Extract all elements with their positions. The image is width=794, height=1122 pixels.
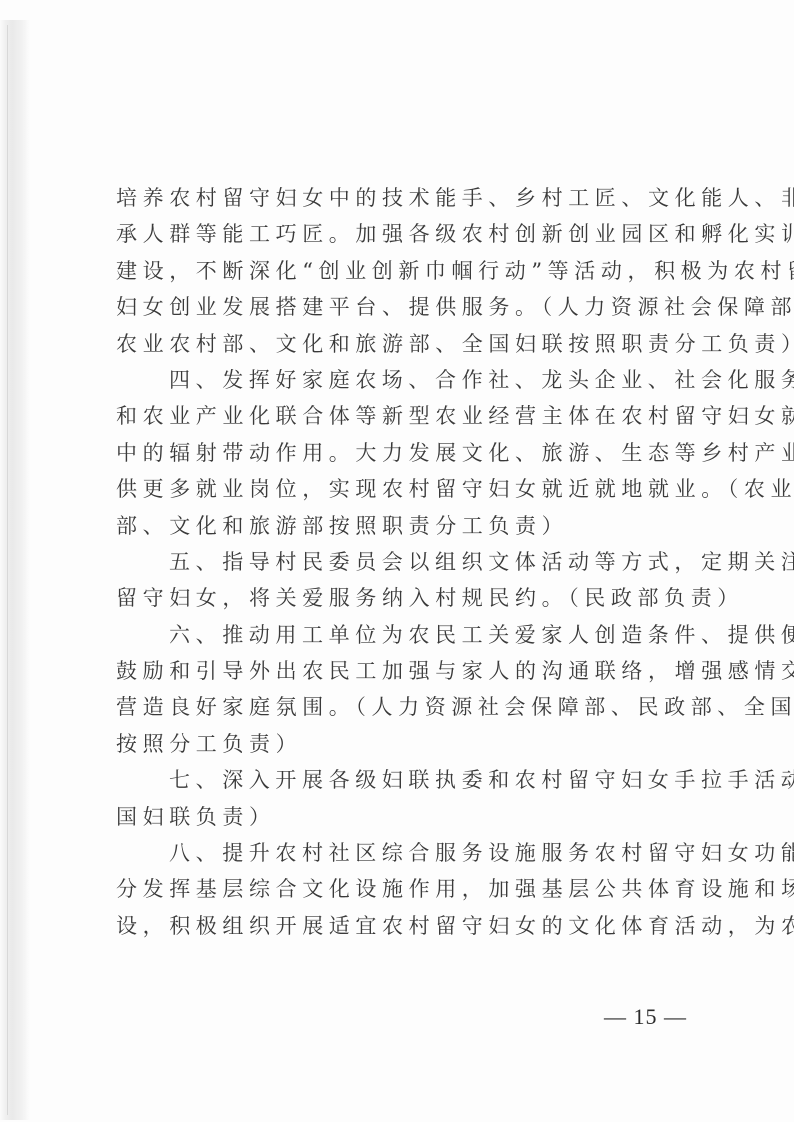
text-line: 承人群等能工巧匠。加强各级农村创新创业园区和孵化实训基地 [116,216,680,252]
text-line: 供更多就业岗位，实现农村留守妇女就近就地就业。（农业农村 [116,471,680,507]
text-line: 国妇联负责） [116,799,680,835]
text-line: 妇女创业发展搭建平台、提供服务。（人力资源社会保障部牵头， [116,289,680,325]
page-number: — 15 — [604,1004,687,1030]
text-line: 设，积极组织开展适宜农村留守妇女的文化体育活动，为农村留 [116,908,680,944]
text-line: 分发挥基层综合文化设施作用，加强基层公共体育设施和场所建 [116,871,680,907]
paragraph-start-item-6: 六、推动用工单位为农民工关爱家人创造条件、提供便利。 [116,617,680,653]
text-line: 营造良好家庭氛围。（人力资源社会保障部、民政部、全国妇联 [116,689,680,725]
paragraph-start-item-8: 八、提升农村社区综合服务设施服务农村留守妇女功能。充 [116,835,680,871]
text-line: 中的辐射带动作用。大力发展文化、旅游、生态等乡村产业，提 [116,435,680,471]
text-line: 农业农村部、文化和旅游部、全国妇联按照职责分工负责） [116,326,680,362]
text-line: 按照分工负责） [116,726,680,762]
paragraph-start-item-5: 五、指导村民委员会以组织文体活动等方式，定期关注农村 [116,544,680,580]
text-line: 鼓励和引导外出农民工加强与家人的沟通联络，增强感情交流， [116,653,680,689]
scan-edge-shadow [0,20,30,1120]
text-line: 部、文化和旅游部按照职责分工负责） [116,508,680,544]
text-line: 建设，不断深化“创业创新巾帼行动”等活动，积极为农村留守 [116,253,680,289]
text-line: 培养农村留守妇女中的技术能手、乡村工匠、文化能人、非遗传 [116,180,680,216]
paragraph-start-item-7: 七、深入开展各级妇联执委和农村留守妇女手拉手活动。（全 [116,762,680,798]
scan-edge-line [7,25,8,1115]
text-line: 留守妇女，将关爱服务纳入村规民约。（民政部负责） [116,580,680,616]
paragraph-start-item-4: 四、发挥好家庭农场、合作社、龙头企业、社会化服务组织 [116,362,680,398]
text-line: 和农业产业化联合体等新型农业经营主体在农村留守妇女就业 [116,398,680,434]
document-body: 培养农村留守妇女中的技术能手、乡村工匠、文化能人、非遗传 承人群等能工巧匠。加强… [116,180,680,944]
